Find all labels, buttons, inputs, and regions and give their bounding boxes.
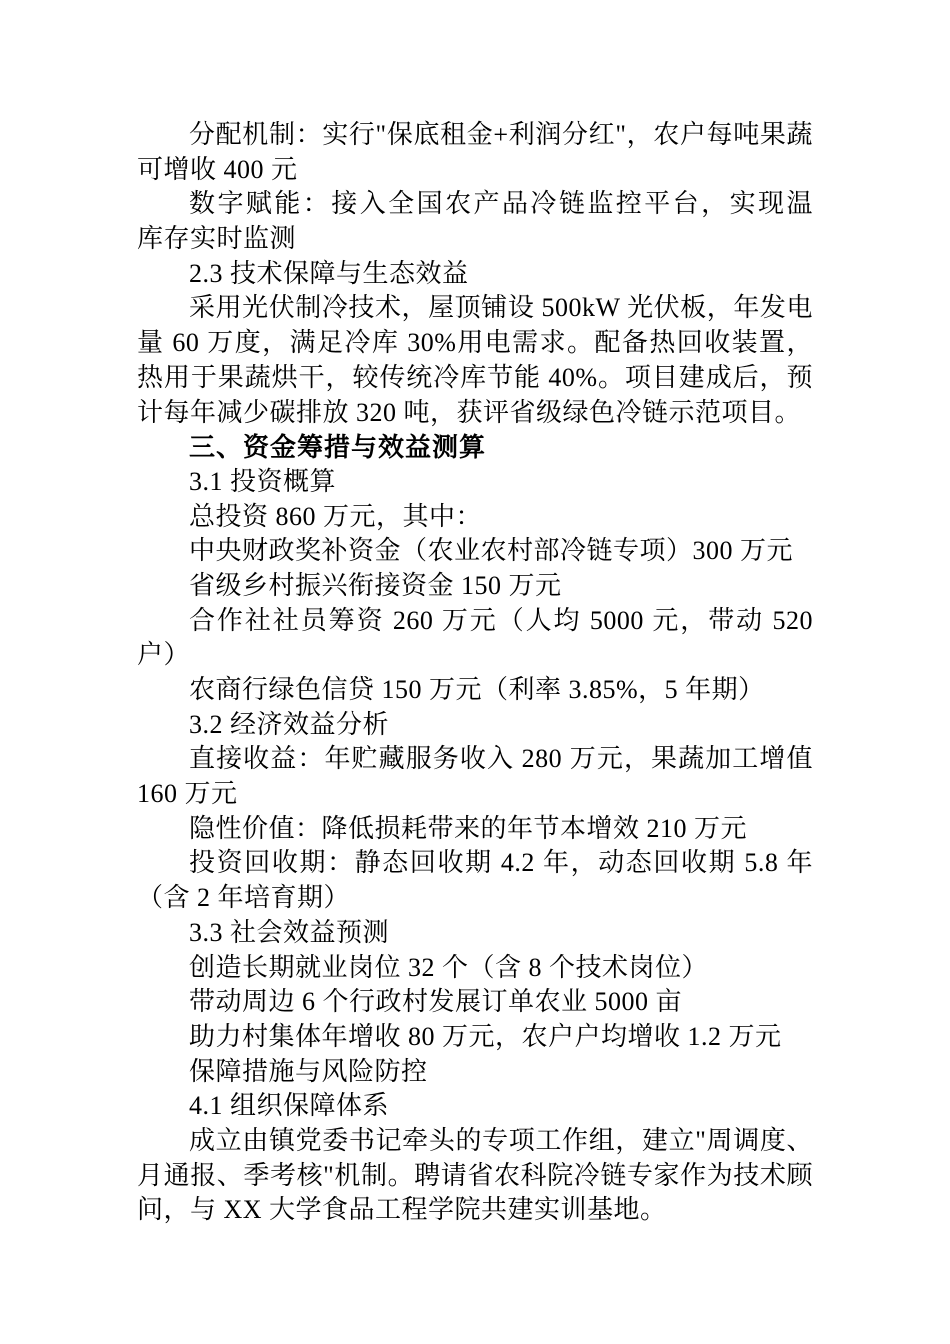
- text-line: 问，与 XX 大学食品工程学院共建实训基地。: [137, 1193, 813, 1228]
- text-line: 3.2 经济效益分析: [137, 708, 813, 743]
- text-line: 计每年减少碳排放 320 吨，获评省级绿色冷链示范项目。: [137, 396, 813, 431]
- text-line: 带动周边 6 个行政村发展订单农业 5000 亩: [137, 985, 813, 1020]
- text-line: 隐性价值：降低损耗带来的年节本增效 210 万元: [137, 812, 813, 847]
- text-line: 3.1 投资概算: [137, 465, 813, 500]
- text-line: 160 万元: [137, 777, 813, 812]
- text-line: 数字赋能：接入全国农产品冷链监控平台，实现温度、: [137, 187, 813, 222]
- text-line: 总投资 860 万元，其中：: [137, 500, 813, 535]
- text-line: （含 2 年培育期）: [137, 881, 813, 916]
- text-line: 助力村集体年增收 80 万元，农户户均增收 1.2 万元: [137, 1020, 813, 1055]
- text-line: 投资回收期：静态回收期 4.2 年，动态回收期 5.8 年: [137, 846, 813, 881]
- text-line: 分配机制：实行"保底租金+利润分红"，农户每吨果蔬: [137, 118, 813, 153]
- text-line: 农商行绿色信贷 150 万元（利率 3.85%，5 年期）: [137, 673, 813, 708]
- document-body: 分配机制：实行"保底租金+利润分红"，农户每吨果蔬可增收 400 元数字赋能：接…: [137, 118, 813, 1228]
- text-line: 库存实时监测: [137, 222, 813, 257]
- text-line: 户）: [137, 638, 813, 673]
- text-line: 3.3 社会效益预测: [137, 916, 813, 951]
- text-line: 月通报、季考核"机制。聘请省农科院冷链专家作为技术顾: [137, 1159, 813, 1194]
- text-line: 可增收 400 元: [137, 153, 813, 188]
- text-line: 直接收益：年贮藏服务收入 280 万元，果蔬加工增值: [137, 742, 813, 777]
- document-page: 分配机制：实行"保底租金+利润分红"，农户每吨果蔬可增收 400 元数字赋能：接…: [0, 0, 950, 1344]
- text-line: 成立由镇党委书记牵头的专项工作组，建立"周调度、: [137, 1124, 813, 1159]
- text-line: 创造长期就业岗位 32 个（含 8 个技术岗位）: [137, 951, 813, 986]
- text-line: 保障措施与风险防控: [137, 1055, 813, 1090]
- text-line: 2.3 技术保障与生态效益: [137, 257, 813, 292]
- text-line: 省级乡村振兴衔接资金 150 万元: [137, 569, 813, 604]
- text-line: 量 60 万度，满足冷库 30%用电需求。配备热回收装置，余: [137, 326, 813, 361]
- section-heading: 三、资金筹措与效益测算: [137, 430, 813, 465]
- text-line: 4.1 组织保障体系: [137, 1089, 813, 1124]
- text-line: 采用光伏制冷技术，屋顶铺设 500kW 光伏板，年发电: [137, 291, 813, 326]
- text-line: 中央财政奖补资金（农业农村部冷链专项）300 万元: [137, 534, 813, 569]
- text-line: 热用于果蔬烘干，较传统冷库节能 40%。项目建成后，预: [137, 361, 813, 396]
- text-line: 合作社社员筹资 260 万元（人均 5000 元，带动 520: [137, 604, 813, 639]
